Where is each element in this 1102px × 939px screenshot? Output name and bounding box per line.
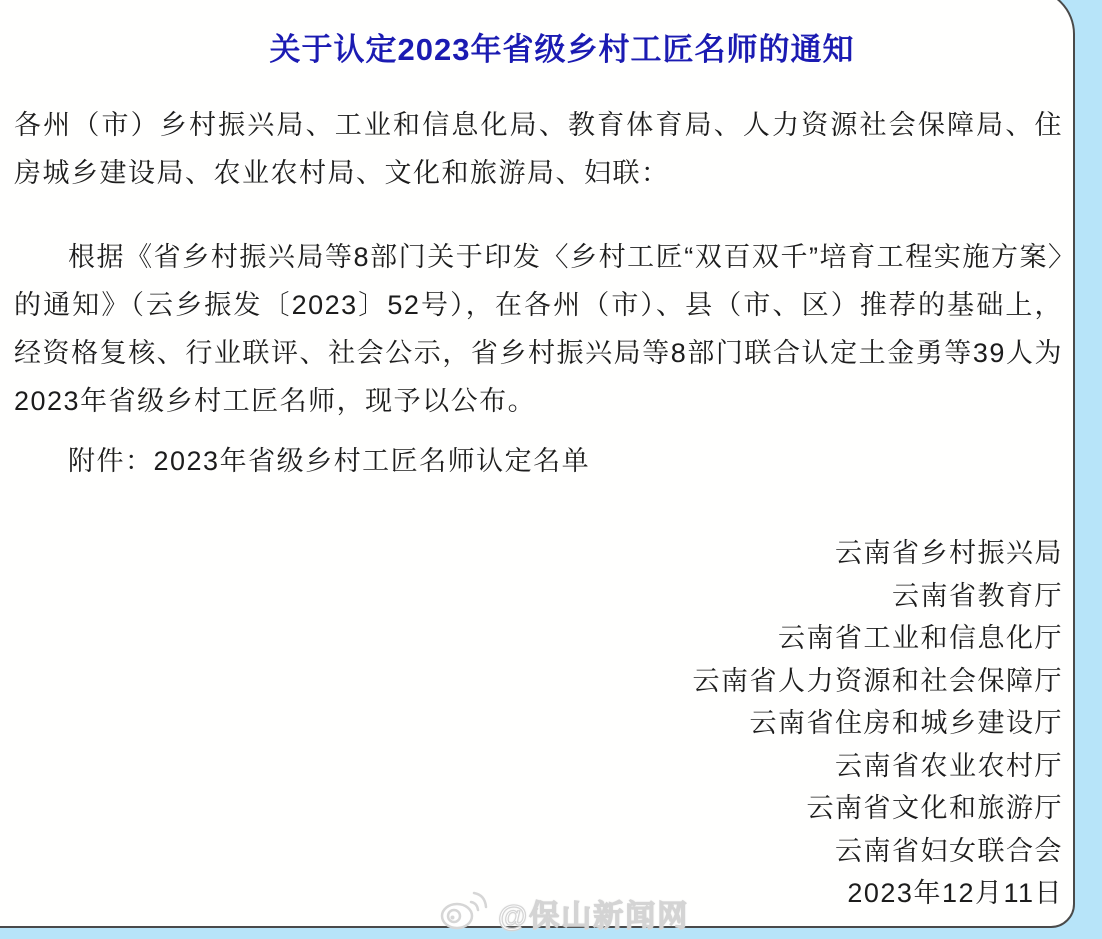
notice-title: 关于认定2023年省级乡村工匠名师的通知: [22, 24, 1102, 69]
notice-body: 根据《省乡村振兴局等8部门关于印发〈乡村工匠“双百双千”培育工程实施方案〉的通知…: [14, 233, 1063, 425]
signature-block: 云南省乡村振兴局 云南省教育厅 云南省工业和信息化厅 云南省人力资源和社会保障厅…: [693, 532, 1064, 915]
signature-line: 云南省乡村振兴局: [693, 532, 1064, 575]
watermark-text: @保山新闻网: [498, 891, 689, 935]
signature-line: 云南省住房和城乡建设厅: [693, 702, 1064, 745]
signature-line: 云南省农业农村厅: [693, 745, 1064, 788]
signature-line: 云南省人力资源和社会保障厅: [693, 660, 1064, 703]
attachment-line: 附件：2023年省级乡村工匠名师认定名单: [14, 437, 1063, 485]
notice-page: 关于认定2023年省级乡村工匠名师的通知 各州（市）乡村振兴局、工业和信息化局、…: [0, 0, 1102, 939]
date-line: 2023年12月11日: [693, 872, 1064, 915]
signature-line: 云南省妇女联合会: [693, 830, 1064, 873]
signature-line: 云南省教育厅: [693, 575, 1064, 618]
signature-line: 云南省工业和信息化厅: [693, 617, 1064, 660]
recipients-line: 各州（市）乡村振兴局、工业和信息化局、教育体育局、人力资源社会保障局、住房城乡建…: [14, 101, 1063, 197]
watermark: @保山新闻网: [438, 888, 689, 937]
signature-line: 云南省文化和旅游厅: [693, 787, 1064, 830]
weibo-icon: [438, 888, 492, 937]
